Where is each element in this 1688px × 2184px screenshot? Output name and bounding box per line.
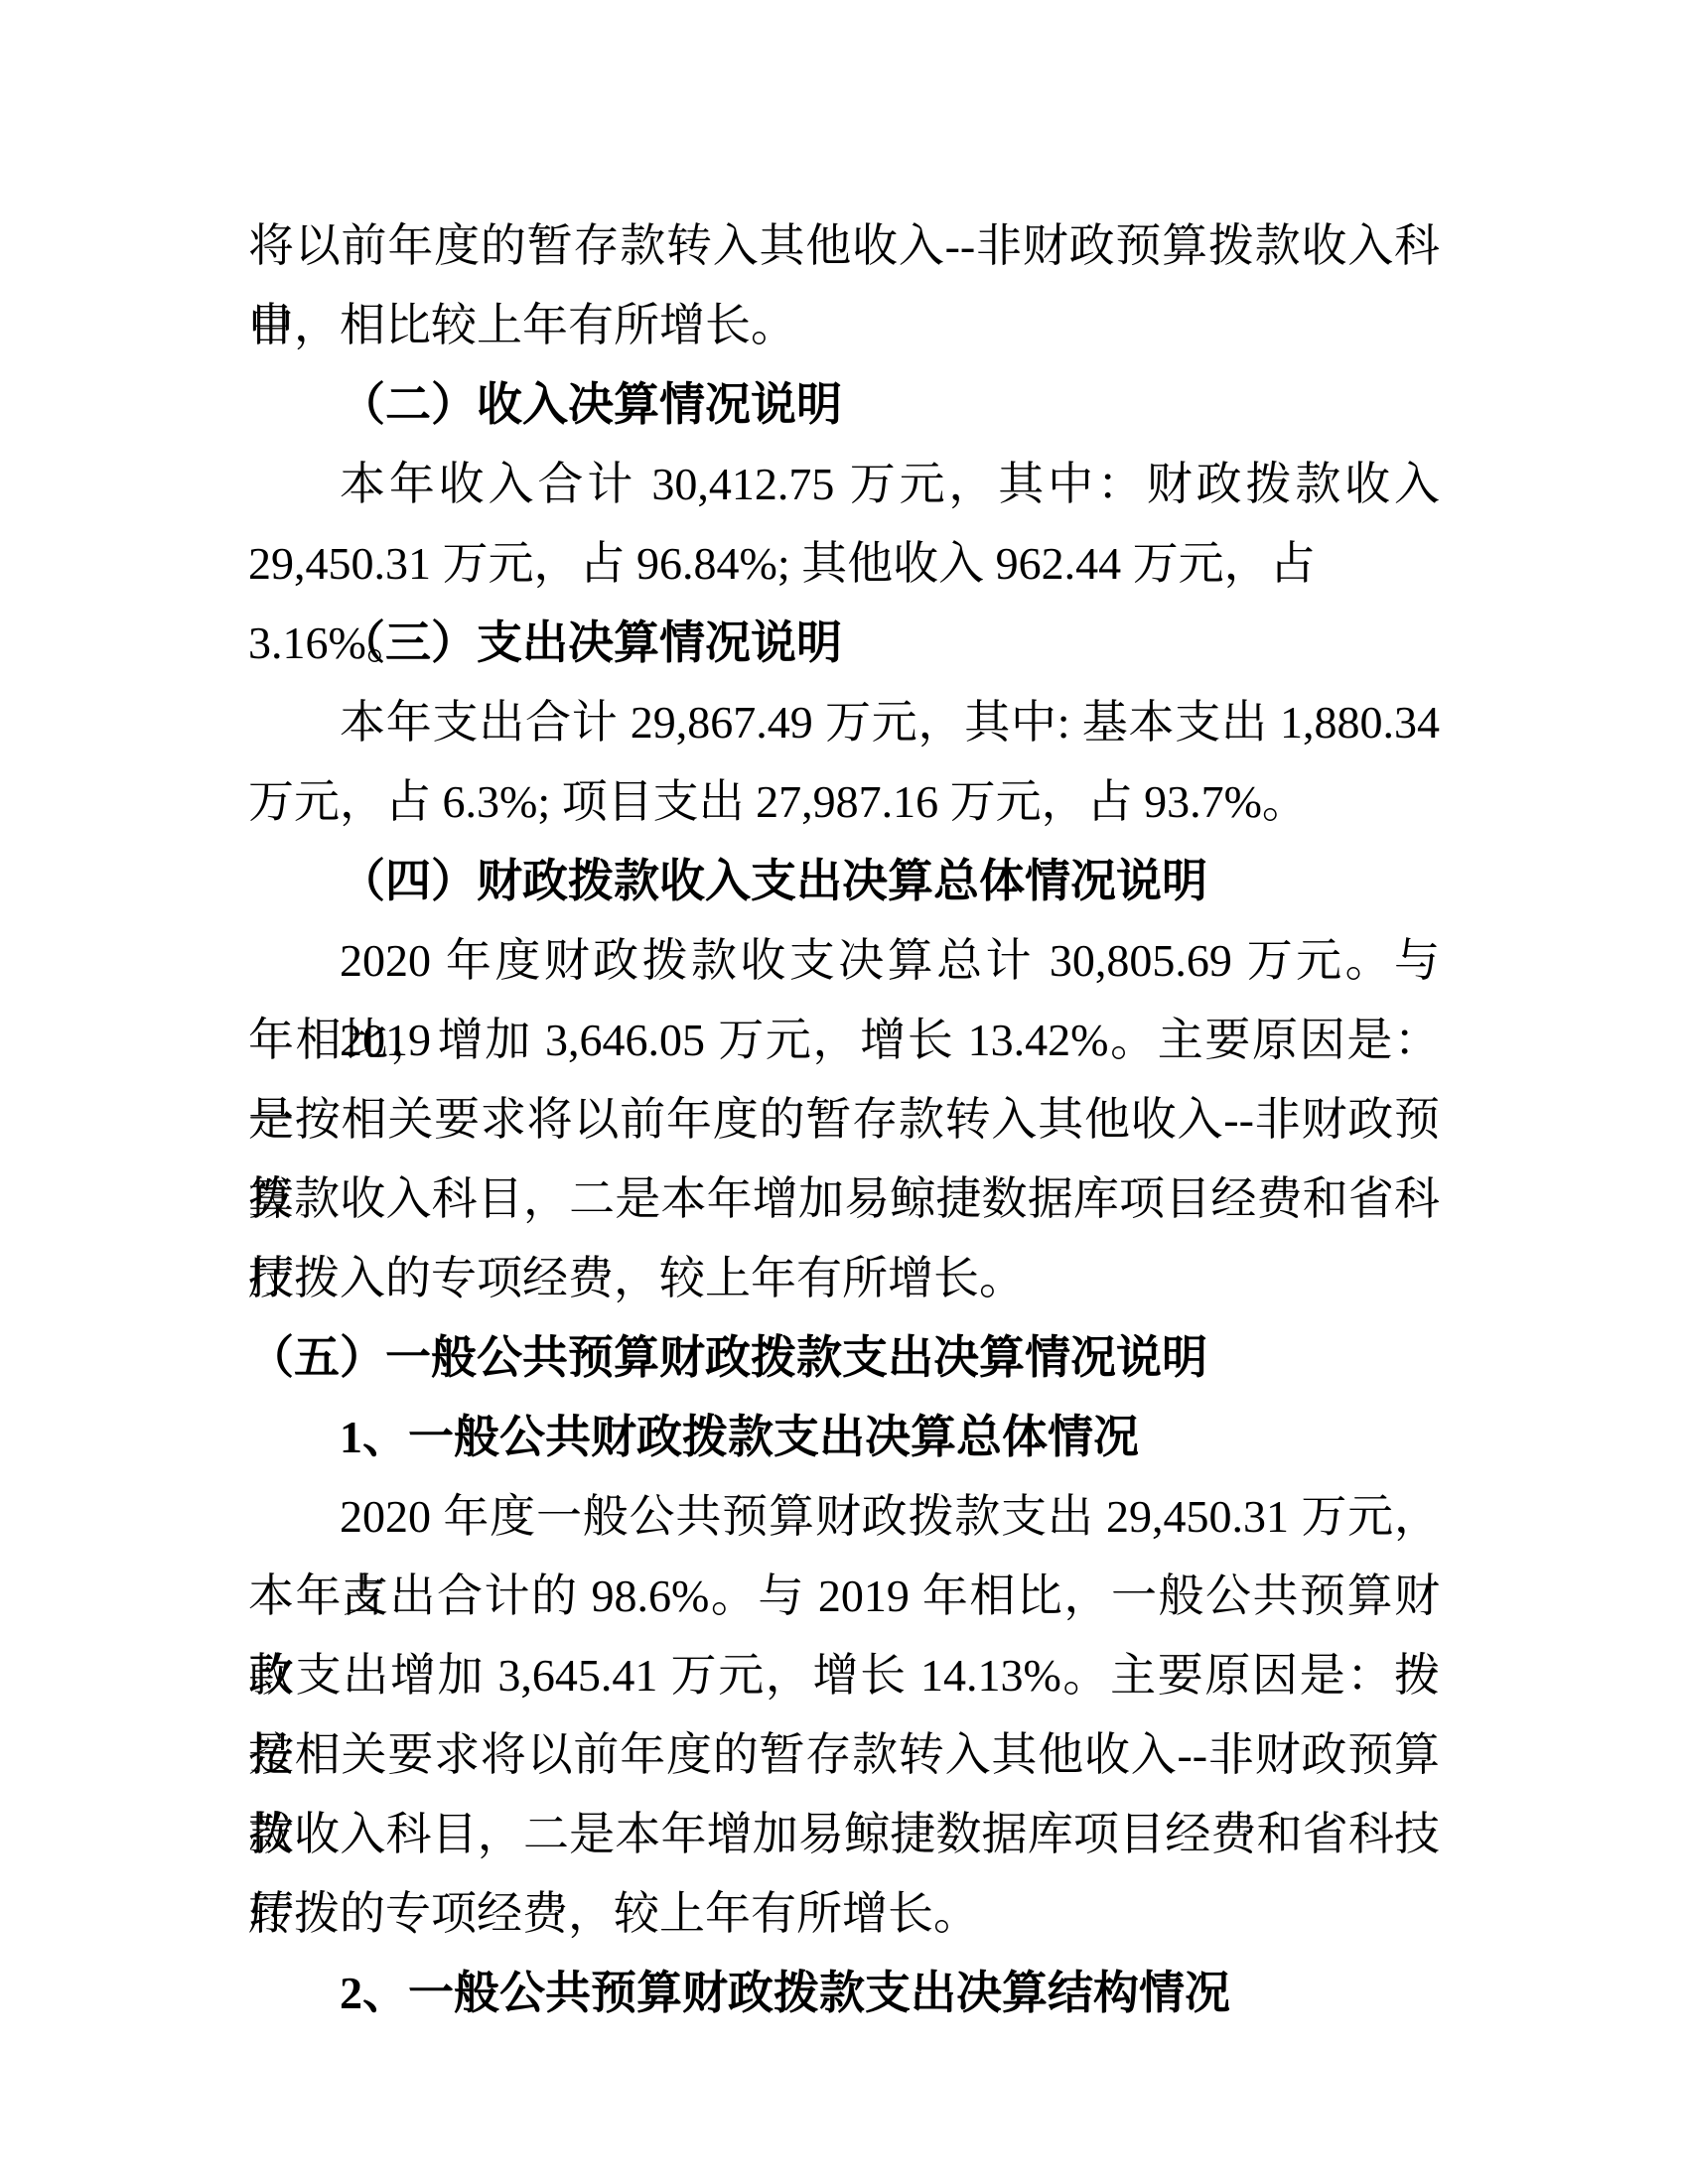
text-line: 转拨的专项经费，较上年有所增长。	[248, 1874, 1440, 1954]
heading-line: 2、一般公共预算财政拨款支出决算结构情况	[248, 1954, 1440, 2033]
text-line: 拨款收入科目，二是本年增加易鲸捷数据库项目经费和省科技	[248, 1160, 1440, 1239]
text-line: 本年收入合计 30,412.75 万元，其中：财政拨款收入	[248, 445, 1440, 524]
text-line: 本年支出合计的 98.6%。与 2019 年相比，一般公共预算财政拨	[248, 1557, 1440, 1636]
heading-line: （二）收入决算情况说明	[248, 365, 1440, 445]
heading-line: （四）财政拨款收入支出决算总体情况说明	[248, 842, 1440, 921]
text-line: 款支出增加 3,645.41 万元，增长 14.13%。主要原因是：一是	[248, 1636, 1440, 1715]
text-line: 中，相比较上年有所增长。	[248, 286, 1440, 365]
text-line: 厅拨入的专项经费，较上年有所增长。	[248, 1239, 1440, 1318]
text-line: 将以前年度的暂存款转入其他收入--非财政预算拨款收入科目	[248, 206, 1440, 286]
text-line: 按相关要求将以前年度的暂存款转入其他收入--非财政预算拨	[248, 1715, 1440, 1795]
heading-line: 1、一般公共财政拨款支出决算总体情况	[248, 1398, 1440, 1477]
text-line: 2020 年度财政拨款收支决算总计 30,805.69 万元。与 2019	[248, 921, 1440, 1001]
text-line: 是按相关要求将以前年度的暂存款转入其他收入--非财政预算	[248, 1080, 1440, 1160]
text-line: 年相比，增加 3,646.05 万元，增长 13.42%。主要原因是：一	[248, 1001, 1440, 1080]
document-page: 将以前年度的暂存款转入其他收入--非财政预算拨款收入科目中，相比较上年有所增长。…	[0, 0, 1688, 2184]
text-line: 本年支出合计 29,867.49 万元，其中: 基本支出 1,880.34	[248, 683, 1440, 762]
text-line: 款收入科目，二是本年增加易鲸捷数据库项目经费和省科技厅	[248, 1795, 1440, 1874]
heading-line: （五）一般公共预算财政拨款支出决算情况说明	[248, 1318, 1440, 1398]
text-line: 2020 年度一般公共预算财政拨款支出 29,450.31 万元，占	[248, 1477, 1440, 1557]
document-body: 将以前年度的暂存款转入其他收入--非财政预算拨款收入科目中，相比较上年有所增长。…	[248, 206, 1440, 2033]
heading-line: （三）支出决算情况说明	[248, 604, 1440, 683]
text-line: 万元，占 6.3%; 项目支出 27,987.16 万元，占 93.7%。	[248, 762, 1440, 842]
text-line: 29,450.31 万元，占 96.84%; 其他收入 962.44 万元，占 …	[248, 524, 1440, 604]
